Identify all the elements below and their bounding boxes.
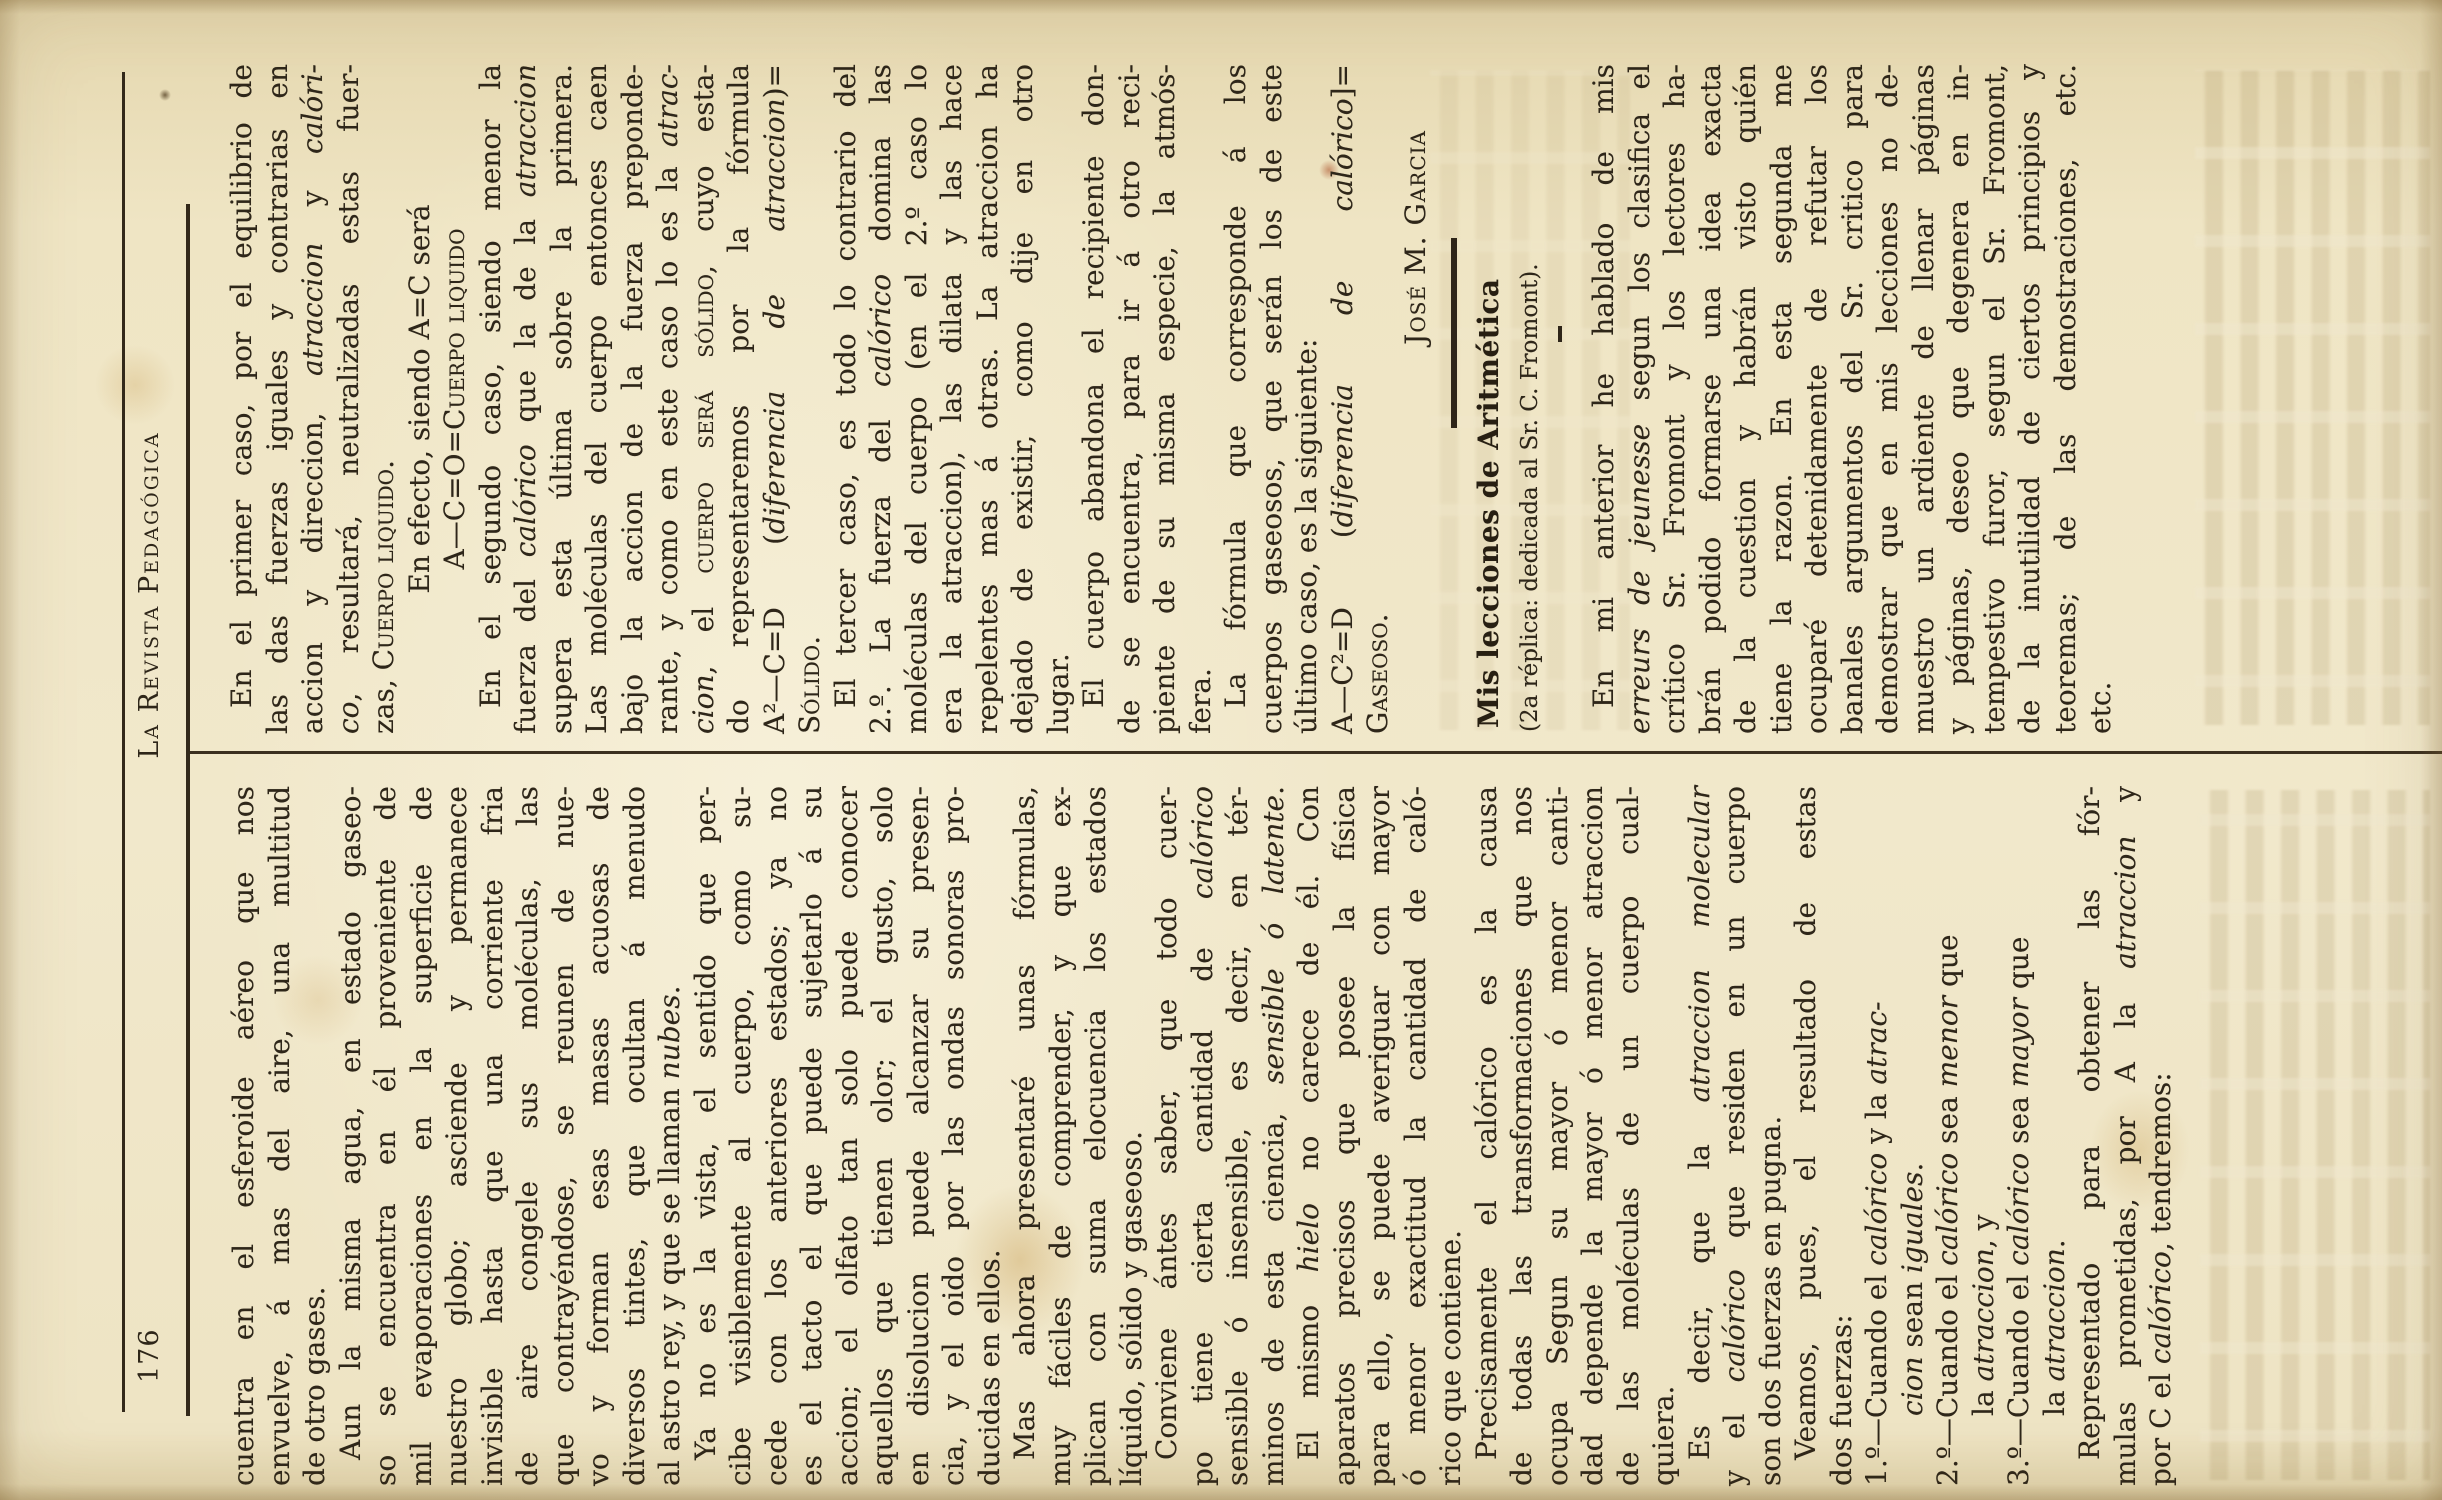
journal-title: La Revista Pedagógica [134,431,165,758]
text-line: En el segundo caso, siendo menor la [473,64,509,734]
article-subtitle: (2a réplica: dedicada al Sr. C. Fromont)… [1513,64,1549,732]
text-line: crítico Sr. Fromont y los lectores ha- [1657,64,1693,734]
ghost-showthrough-text [2195,70,2430,725]
text-line: Mas ahora presentaré unas fórmulas, [1007,786,1043,1486]
text-line: de se encuentra, para ir á otro reci- [1112,64,1148,734]
text-line: El cuerpo abandona el recipiente don- [1076,64,1112,734]
text-line: lugar. [1041,64,1077,734]
text-line: al astro rey, y que se llaman nubes. [652,786,688,1486]
text-line: supera esta última sobre la primera. [544,64,580,734]
text-line: demostrar que en mis lecciones no de- [1870,64,1906,734]
text-line: piente de su misma especie, la atmós- [1147,64,1183,734]
text-line: de todas las transformaciones que nos [1504,786,1540,1486]
text-line: Gaseoso. [1360,64,1396,734]
text-line: es el tacto el que puede sujetarlo á su [794,786,830,1486]
header-rule-top [122,72,125,1412]
text-line: y páginas, deseo que degenera en in- [1941,64,1977,734]
text-line: bajo la accion de la fuerza preponde- [615,64,651,734]
text-line: plican con suma elocuencia los estados [1078,786,1114,1486]
text-line: de otro gases. [297,786,333,1486]
text-line: accion y direccion, atraccion y calóri- [295,64,331,734]
text-line: En el primer caso, por el equilibrio de [224,64,260,734]
text-line: El tercer caso, es todo lo contrario del [828,64,864,734]
text-line: Representado para obtener las fór- [2072,786,2108,1486]
text-line: era la atraccion), las dilata y las hace [934,64,970,734]
text-line: mulas prometidas, por A la atraccion y [2108,786,2144,1486]
text-line: dejado de existir, como dije en otro [1005,64,1041,734]
text-line: cede con los anteriores estados; ya no [759,786,795,1486]
text-line: mil evaporaciones en la superficie de [404,786,440,1486]
text-line: accion; el olfato tan solo puede conocer [830,786,866,1486]
column-right: En el primer caso, por el equilibrio del… [224,64,2119,734]
text-line: cion, el cuerpo será sólido, cuyo esta- [686,64,722,734]
separator-rule [1451,238,1457,428]
text-line: El mismo hielo no carece de él. Con [1291,786,1327,1486]
text-line: son dos fuerzas en pugna. [1753,786,1789,1486]
text-line: zas, Cuerpo liquido. [366,64,402,734]
column-divider-rule [190,751,2442,754]
text-line: aquellos que tienen olor; el gusto, solo [865,786,901,1486]
text-line: cuerpos gaseosos, que serán los de este [1254,64,1290,734]
text-line: dos fuerzas: [1824,786,1860,1486]
text-line: vo y forman esas masas acuosas de [581,786,617,1486]
text-line: de la inutilidad de ciertos principios y [2012,64,2048,734]
text-line: cia, y el oido por las ondas sonoras pro… [936,786,972,1486]
text-line: en disolucion puede alcanzar su presen- [901,786,937,1486]
text-line: ocuparé detenidamente de refutar los [1799,64,1835,734]
ink-speck [159,89,171,101]
text-line: dad depende la mayor ó menor atraccion [1575,786,1611,1486]
text-line: teoremas; de las demostraciones, etc. [2048,64,2084,734]
text-line: Es decir, que la atraccion molecular [1682,786,1718,1486]
text-line: líquido, sólido y gaseoso. [1114,786,1150,1486]
text-line: ó menor exactitud la cantidad de caló- [1398,786,1434,1486]
text-line: Aun la misma agua, en estado gaseo- [333,786,369,1486]
text-line: A—C²=D (diferencia de calórico]= [1325,64,1361,734]
text-line: etc. [2083,64,2119,734]
text-line: muestro un ardiente de llenar páginas [1906,64,1942,734]
text-line: co, resultará, neutralizadas estas fuer- [331,64,367,734]
page-rotated-content: 176 La Revista Pedagógica cuentra en el … [0,0,2442,1500]
text-line: último caso, es la siguiente: [1289,64,1325,734]
author-signature: José M. Garcia [1398,64,1434,734]
text-line: Conviene ántes saber, que todo cuer- [1149,786,1185,1486]
text-line: muy fáciles de comprender, y que ex- [1043,786,1079,1486]
column-left: cuentra en el esferoide aéreo que nosenv… [226,786,2179,1486]
text-line: banales argumentos del Sr. critico para [1835,64,1871,734]
text-line: de la cuestion y habrán visto quién [1728,64,1764,734]
text-line: Ya no es la vista, el sentido que per- [688,786,724,1486]
text-line: invisible hasta que una corriente fria [475,786,511,1486]
text-line: fuerza del calórico que la de la atracci… [508,64,544,734]
text-line: Veamos, pues, el resultado de estas [1788,786,1824,1486]
text-line: las das fuerzas iguales y contrarias en [260,64,296,734]
text-line: 1.º—Cuando el calórico y la atrac- [1859,786,1895,1486]
text-line: la atraccion. [2037,786,2073,1486]
text-line: rante, y como en este caso lo es la atra… [650,64,686,734]
ghost-showthrough-text [2200,790,2430,1480]
text-line: Las moléculas del cuerpo entonces caen [579,64,615,734]
text-line: minos de esta ciencia, sensible ó latent… [1256,786,1292,1486]
text-line: moléculas del cuerpo (en el 2.º caso lo [899,64,935,734]
text-line: 2.º—Cuando el calórico sea menor que [1930,786,1966,1486]
text-line: tiene la razon. En esta segunda me [1764,64,1800,734]
text-line: diversos tintes, que ocultan á menudo [617,786,653,1486]
text-line: brán podido formarse una idea exacta [1693,64,1729,734]
text-line: nuestro globo; asciende y permanece [439,786,475,1486]
text-line: so se encuentra en él proveniente de [368,786,404,1486]
page-number: 176 [134,1328,165,1383]
article-title: Mis lecciones de Aritmética [1471,64,1507,728]
text-line: quiera. [1646,786,1682,1486]
text-line: cuentra en el esferoide aéreo que nos [226,786,262,1486]
text-line: La fórmula que corresponde á los [1218,64,1254,734]
text-line: y el calórico que residen en un cuerpo [1717,786,1753,1486]
text-line: ducidas en ellos. [972,786,1008,1486]
text-line: En efecto, siendo A=C será [402,64,438,734]
text-line: para ello, se puede averiguar con mayor [1362,786,1398,1486]
text-line: por C el calórico, tendremos: [2143,786,2179,1486]
text-line: Precisamente el calórico es la causa [1469,786,1505,1486]
text-line: cion sean iguales. [1895,786,1931,1486]
text-line: de aire congele sus moléculas, las [510,786,546,1486]
text-line: de las moléculas de un cuerpo cual- [1611,786,1647,1486]
paper-stain [95,345,175,425]
separator-dash [1558,326,1562,342]
text-line: A—C=O=Cuerpo liquido [437,64,473,734]
text-line: envuelve, á mas del aire, una multitud [262,786,298,1486]
text-line: 3.º—Cuando el calórico sea mayor que [2001,786,2037,1486]
text-line: fera. [1183,64,1219,734]
scanned-journal-page: 176 La Revista Pedagógica cuentra en el … [0,0,2442,1500]
text-line: ocupa Segun su mayor ó menor canti- [1540,786,1576,1486]
text-line: aparatos precisos que posee la física [1327,786,1363,1486]
text-line: cibe visiblemente al cuerpo, como su- [723,786,759,1486]
header-rule-bottom [186,204,190,1416]
text-line: sensible ó insensible, es decir, en tér- [1220,786,1256,1486]
text-line: la atraccion, y [1966,786,2002,1486]
text-line: A²—C=D (diferencia de atraccion)= [757,64,793,734]
text-line: En mi anterior he hablado de mis [1586,64,1622,734]
text-line: tempestivo furor, segun el Sr. Fromont, [1977,64,2013,734]
text-line: repelentes mas á otras. La atraccion ha [970,64,1006,734]
text-line: 2.º. La fuerza del calórico domina las [863,64,899,734]
text-line: que contrayéndose, se reunen de nue- [546,786,582,1486]
text-line: po tiene cierta cantidad de calórico [1185,786,1221,1486]
text-line: erreurs de jeunesse segun los clasifica … [1622,64,1658,734]
text-line: Sólido. [792,64,828,734]
text-line: do representaremos por la fórmula [721,64,757,734]
text-line: rico que contiene. [1433,786,1469,1486]
